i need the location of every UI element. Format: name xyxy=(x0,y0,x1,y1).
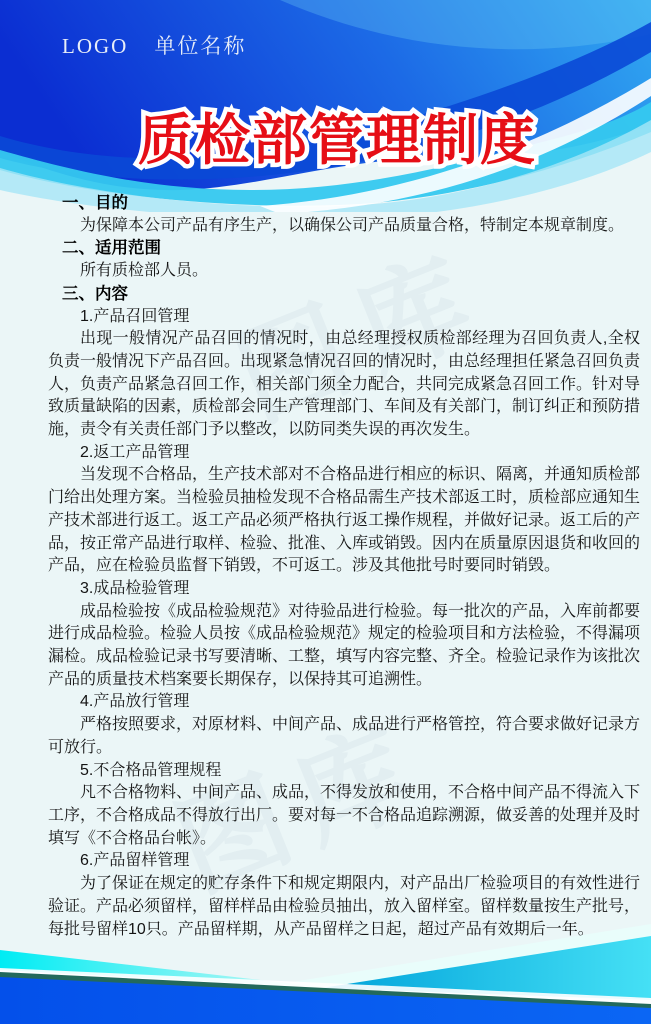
company-name: 单位名称 xyxy=(154,34,246,58)
subsection-title: 6.产品留样管理 xyxy=(48,850,640,873)
section-heading: 三、内容 xyxy=(62,283,640,306)
section-heading: 一、目的 xyxy=(62,192,640,215)
logo-area: LOGO单位名称 xyxy=(62,30,246,60)
section-number: 三、 xyxy=(62,285,95,303)
page-title-text: 质检部管理制度 xyxy=(138,96,537,175)
subsection-title: 3.成品检验管理 xyxy=(48,578,640,601)
section-title: 目的 xyxy=(95,194,128,212)
logo-text: LOGO xyxy=(62,34,128,58)
paragraph: 严格按照要求，对原材料、中间产品、成品进行严格管控，符合要求做好记录方可放行。 xyxy=(48,714,640,759)
paragraph: 出现一般情况产品召回的情况时，由总经理授权质检部经理为召回负责人,全权负责一般情… xyxy=(48,328,640,442)
footer-banner-graphic xyxy=(0,912,651,1024)
subsection-title: 1.产品召回管理 xyxy=(48,306,640,329)
section-content: 三、内容 1.产品召回管理 出现一般情况产品召回的情况时，由总经理授权质检部经理… xyxy=(48,283,640,941)
section-number: 一、 xyxy=(62,194,95,212)
paragraph: 所有质检部人员。 xyxy=(48,260,640,283)
section-number: 二、 xyxy=(62,239,95,257)
section-title: 适用范围 xyxy=(95,239,161,257)
regulation-poster: LOGO单位名称 质检部管理制度 质检部管理制度 图库 图库 一、目的 为保障本… xyxy=(0,0,651,1024)
page-title: 质检部管理制度 质检部管理制度 xyxy=(0,96,651,175)
section-heading: 二、适用范围 xyxy=(62,237,640,260)
subsection-title: 5.不合格品管理规程 xyxy=(48,760,640,783)
subsection-title: 2.返工产品管理 xyxy=(48,442,640,465)
section-title: 内容 xyxy=(95,285,128,303)
paragraph: 凡不合格物料、中间产品、成品，不得发放和使用，不合格中间产品不得流入下工序，不合… xyxy=(48,782,640,850)
paragraph: 当发现不合格品，生产技术部对不合格品进行相应的标识、隔离，并通知质检部门给出处理… xyxy=(48,464,640,578)
section-purpose: 一、目的 为保障本公司产品有序生产，以确保公司产品质量合格，特制定本规章制度。 xyxy=(48,192,640,237)
paragraph: 为保障本公司产品有序生产，以确保公司产品质量合格，特制定本规章制度。 xyxy=(48,215,640,238)
document-body: 一、目的 为保障本公司产品有序生产，以确保公司产品质量合格，特制定本规章制度。 … xyxy=(48,192,640,941)
paragraph: 成品检验按《成品检验规范》对待验品进行检验。每一批次的产品，入库前都要进行成品检… xyxy=(48,601,640,692)
subsection-title: 4.产品放行管理 xyxy=(48,691,640,714)
section-scope: 二、适用范围 所有质检部人员。 xyxy=(48,237,640,282)
